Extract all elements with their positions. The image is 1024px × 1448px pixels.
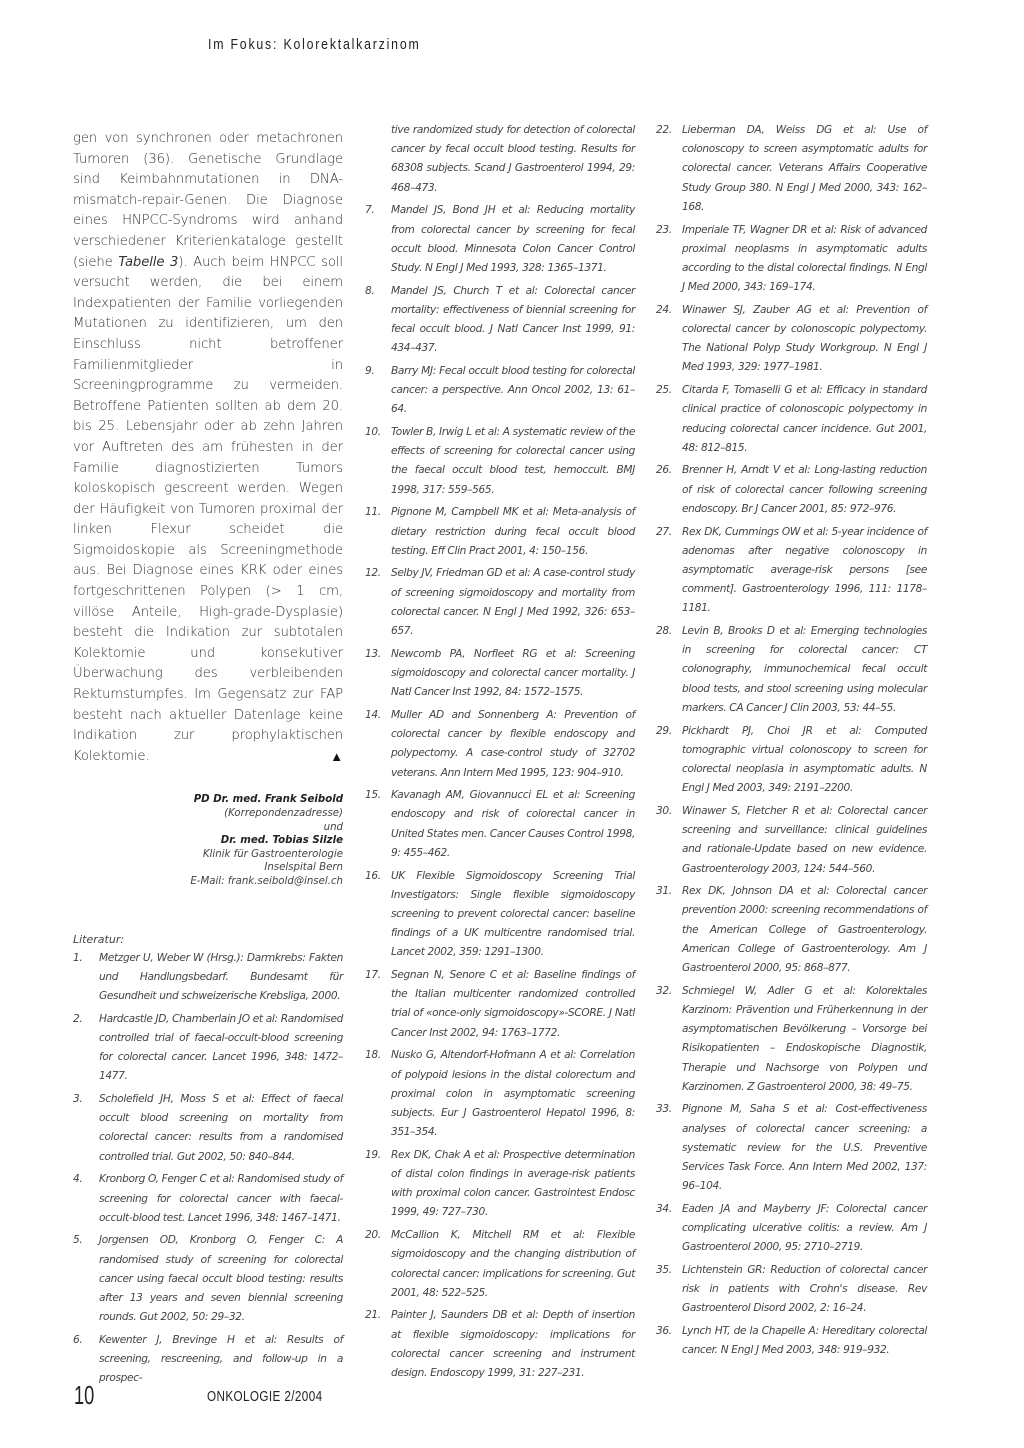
reference-number: 34.	[656, 1200, 672, 1219]
reference-text: Metzger U, Weber W (Hrsg.): Darmkrebs: F…	[99, 952, 343, 1002]
reference-item: 22.Lieberman DA, Weiss DG et al: Use of …	[656, 121, 927, 217]
reference-number: 11.	[365, 503, 381, 522]
reference-text: Citarda F, Tomaselli G et al: Efficacy i…	[682, 384, 927, 454]
column-2: tive randomized study for detection of c…	[365, 121, 635, 1387]
reference-item: 19.Rex DK, Chak A et al: Prospective det…	[365, 1146, 635, 1223]
reference-number: 2.	[73, 1010, 82, 1029]
reference-text: Rex DK, Chak A et al: Prospective determ…	[391, 1149, 635, 1219]
reference-number: 22.	[656, 121, 672, 140]
reference-number: 29.	[656, 722, 672, 741]
reference-number: 7.	[365, 201, 374, 220]
body-text-part: ). Auch beim HNPCC soll versucht werden,…	[73, 255, 343, 764]
reference-number: 20.	[365, 1226, 381, 1245]
reference-number: 27.	[656, 523, 672, 542]
reference-item: 13.Newcomb PA, Norfleet RG et al: Screen…	[365, 645, 635, 703]
reference-number: 19.	[365, 1146, 381, 1165]
reference-number: 9.	[365, 362, 374, 381]
reference-number: 6.	[73, 1331, 82, 1350]
reference-item: 15.Kavanagh AM, Giovannucci EL et al: Sc…	[365, 786, 635, 863]
author-block: PD Dr. med. Frank Seibold (Korrepondenza…	[73, 793, 343, 888]
reference-number: 24.	[656, 301, 672, 320]
author-name: PD Dr. med. Frank Seibold	[73, 793, 343, 807]
reference-item: 28.Levin B, Brooks D et al: Emerging tec…	[656, 622, 927, 718]
reference-item: 5.Jorgensen OD, Kronborg O, Fenger C: A …	[73, 1231, 343, 1327]
reference-text: Jorgensen OD, Kronborg O, Fenger C: A ra…	[99, 1234, 343, 1323]
reference-text: Schmiegel W, Adler G et al: Kolorektales…	[682, 985, 927, 1093]
reference-number: 30.	[656, 802, 672, 821]
reference-item: 31.Rex DK, Johnson DA et al: Colorectal …	[656, 882, 927, 978]
reference-text: Selby JV, Friedman GD et al: A case-cont…	[391, 567, 635, 637]
body-text-part: gen von synchronen oder metachronen Tumo…	[73, 131, 343, 270]
reference-text: Kronborg O, Fenger C et al: Randomised s…	[99, 1173, 343, 1223]
reference-number: 21.	[365, 1306, 381, 1325]
reference-number: 31.	[656, 882, 672, 901]
reference-item: 7.Mandel JS, Bond JH et al: Reducing mor…	[365, 201, 635, 278]
table-reference: Tabelle 3	[118, 255, 178, 270]
reference-number: 26.	[656, 461, 672, 480]
body-paragraph: gen von synchronen oder metachronen Tumo…	[73, 129, 343, 767]
reference-number: 5.	[73, 1231, 82, 1250]
author-name: Dr. med. Tobias Silzle	[73, 834, 343, 848]
reference-number: 33.	[656, 1100, 672, 1119]
reference-item: 2.Hardcastle JD, Chamberlain JO et al: R…	[73, 1010, 343, 1087]
literature-heading: Literatur:	[73, 933, 343, 946]
author-clinic: Klinik für Gastroenterologie	[73, 848, 343, 862]
reference-item: 25.Citarda F, Tomaselli G et al: Efficac…	[656, 381, 927, 458]
reference-item: 12.Selby JV, Friedman GD et al: A case-c…	[365, 564, 635, 641]
reference-text: Towler B, Irwig L et al: A systematic re…	[391, 426, 635, 496]
reference-text: Muller AD and Sonnenberg A: Prevention o…	[391, 709, 635, 779]
reference-item: 11.Pignone M, Campbell MK et al: Meta-an…	[365, 503, 635, 561]
reference-text: Eaden JA and Mayberry JF: Colorectal can…	[682, 1203, 927, 1253]
reference-item: 6.Kewenter J, Brevinge H et al: Results …	[73, 1331, 343, 1389]
reference-list-col1: 1.Metzger U, Weber W (Hrsg.): Darmkrebs:…	[73, 949, 343, 1389]
reference-item: 29.Pickhardt PJ, Choi JR et al: Computed…	[656, 722, 927, 799]
reference-item: 26.Brenner H, Arndt V et al: Long-lastin…	[656, 461, 927, 519]
end-triangle-icon: ▲	[330, 748, 343, 769]
reference-item: 30.Winawer S, Fletcher R et al: Colorect…	[656, 802, 927, 879]
reference-item: 3.Scholefield JH, Moss S et al: Effect o…	[73, 1090, 343, 1167]
author-conjunction: und	[73, 821, 343, 835]
reference-text: Hardcastle JD, Chamberlain JO et al: Ran…	[99, 1013, 343, 1083]
reference-number: 18.	[365, 1046, 381, 1065]
reference-continuation: tive randomized study for detection of c…	[365, 121, 635, 198]
reference-item: 21.Painter J, Saunders DB et al: Depth o…	[365, 1306, 635, 1383]
journal-issue: ONKOLOGIE 2/2004	[207, 1388, 323, 1405]
column-3: 22.Lieberman DA, Weiss DG et al: Use of …	[656, 121, 927, 1364]
reference-text: Kewenter J, Brevinge H et al: Results of…	[99, 1334, 343, 1384]
reference-text: UK Flexible Sigmoidoscopy Screening Tria…	[391, 870, 635, 959]
reference-number: 4.	[73, 1170, 82, 1189]
reference-text: Rex DK, Johnson DA et al: Colorectal can…	[682, 885, 927, 974]
reference-item: 1.Metzger U, Weber W (Hrsg.): Darmkrebs:…	[73, 949, 343, 1007]
reference-item: 24.Winawer SJ, Zauber AG et al: Preventi…	[656, 301, 927, 378]
reference-text: Nusko G, Altendorf-Hofmann A et al: Corr…	[391, 1049, 635, 1138]
reference-text: Scholefield JH, Moss S et al: Effect of …	[99, 1093, 343, 1163]
reference-text: Winawer S, Fletcher R et al: Colorectal …	[682, 805, 927, 875]
reference-item: 23.Imperiale TF, Wagner DR et al: Risk o…	[656, 221, 927, 298]
author-email: E-Mail: frank.seibold@insel.ch	[73, 875, 343, 889]
author-hospital: Inselspital Bern	[73, 861, 343, 875]
reference-number: 36.	[656, 1322, 672, 1341]
reference-item: 17.Segnan N, Senore C et al: Baseline fi…	[365, 966, 635, 1043]
reference-item: 14.Muller AD and Sonnenberg A: Preventio…	[365, 706, 635, 783]
reference-number: 28.	[656, 622, 672, 641]
reference-text: Pignone M, Saha S et al: Cost-effectiven…	[682, 1103, 927, 1192]
reference-item: 36.Lynch HT, de la Chapelle A: Hereditar…	[656, 1322, 927, 1360]
reference-number: 15.	[365, 786, 381, 805]
reference-list-col2: 7.Mandel JS, Bond JH et al: Reducing mor…	[365, 201, 635, 1383]
reference-item: 35.Lichtenstein GR: Reduction of colorec…	[656, 1261, 927, 1319]
reference-text: Pignone M, Campbell MK et al: Meta-analy…	[391, 506, 635, 556]
reference-text: Newcomb PA, Norfleet RG et al: Screening…	[391, 648, 635, 698]
reference-number: 10.	[365, 423, 381, 442]
reference-text: Segnan N, Senore C et al: Baseline findi…	[391, 969, 635, 1039]
reference-number: 17.	[365, 966, 381, 985]
reference-text: Mandel JS, Church T et al: Colorectal ca…	[391, 285, 635, 355]
reference-number: 14.	[365, 706, 381, 725]
reference-list-col3: 22.Lieberman DA, Weiss DG et al: Use of …	[656, 121, 927, 1361]
reference-number: 32.	[656, 982, 672, 1001]
reference-item: 32.Schmiegel W, Adler G et al: Kolorekta…	[656, 982, 927, 1097]
reference-item: 33.Pignone M, Saha S et al: Cost-effecti…	[656, 1100, 927, 1196]
reference-item: 20.McCallion K, Mitchell RM et al: Flexi…	[365, 1226, 635, 1303]
column-1: gen von synchronen oder metachronen Tumo…	[73, 124, 343, 1392]
reference-text: Barry MJ: Fecal occult blood testing for…	[391, 365, 635, 415]
running-header: Im Fokus: Kolorektalkarzinom	[208, 36, 421, 53]
reference-number: 13.	[365, 645, 381, 664]
reference-item: 34.Eaden JA and Mayberry JF: Colorectal …	[656, 1200, 927, 1258]
reference-item: 10.Towler B, Irwig L et al: A systematic…	[365, 423, 635, 500]
page-number: 10	[74, 1380, 94, 1411]
reference-item: 27.Rex DK, Cummings OW et al: 5-year inc…	[656, 523, 927, 619]
reference-text: Kavanagh AM, Giovannucci EL et al: Scree…	[391, 789, 635, 859]
reference-item: 8.Mandel JS, Church T et al: Colorectal …	[365, 282, 635, 359]
reference-item: 9.Barry MJ: Fecal occult blood testing f…	[365, 362, 635, 420]
author-role: (Korrepondenzadresse)	[73, 807, 343, 821]
reference-item: 18.Nusko G, Altendorf-Hofmann A et al: C…	[365, 1046, 635, 1142]
reference-number: 35.	[656, 1261, 672, 1280]
reference-text: Rex DK, Cummings OW et al: 5-year incide…	[682, 526, 927, 615]
reference-text: Levin B, Brooks D et al: Emerging techno…	[682, 625, 927, 714]
reference-text: Lieberman DA, Weiss DG et al: Use of col…	[682, 124, 927, 213]
reference-text: Pickhardt PJ, Choi JR et al: Computed to…	[682, 725, 927, 795]
reference-number: 1.	[73, 949, 82, 968]
reference-text: Lichtenstein GR: Reduction of colorectal…	[682, 1264, 927, 1314]
reference-number: 3.	[73, 1090, 82, 1109]
reference-item: 16.UK Flexible Sigmoidoscopy Screening T…	[365, 867, 635, 963]
reference-text: Painter J, Saunders DB et al: Depth of i…	[391, 1309, 635, 1379]
reference-text: Brenner H, Arndt V et al: Long-lasting r…	[682, 464, 927, 514]
reference-number: 8.	[365, 282, 374, 301]
reference-number: 23.	[656, 221, 672, 240]
reference-number: 25.	[656, 381, 672, 400]
reference-text: Winawer SJ, Zauber AG et al: Prevention …	[682, 304, 927, 374]
reference-text: Mandel JS, Bond JH et al: Reducing morta…	[391, 204, 635, 274]
reference-number: 16.	[365, 867, 381, 886]
reference-text: Imperiale TF, Wagner DR et al: Risk of a…	[682, 224, 927, 294]
reference-number: 12.	[365, 564, 381, 583]
reference-text: McCallion K, Mitchell RM et al: Flexible…	[391, 1229, 635, 1299]
reference-text: Lynch HT, de la Chapelle A: Hereditary c…	[682, 1325, 927, 1356]
reference-item: 4.Kronborg O, Fenger C et al: Randomised…	[73, 1170, 343, 1228]
